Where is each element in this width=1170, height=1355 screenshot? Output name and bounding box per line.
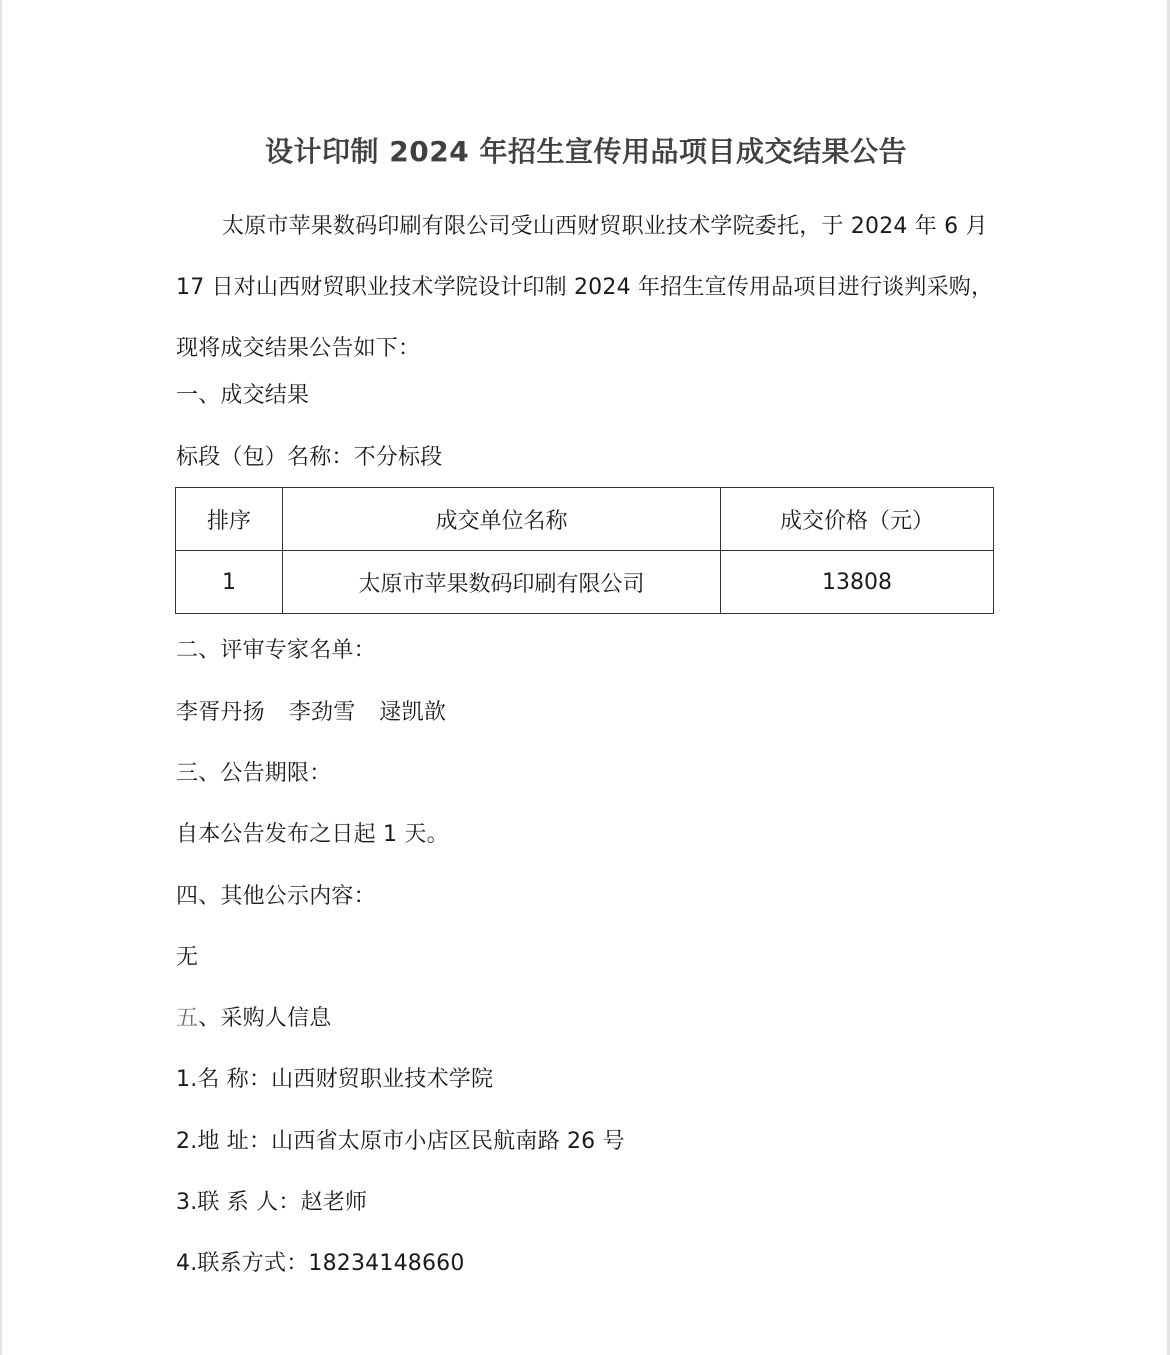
header-company: 成交单位名称 xyxy=(283,488,721,551)
page-edge-left xyxy=(0,0,2,1355)
section-1-heading: 一、成交结果 xyxy=(176,378,309,414)
purchaser-phone: 4.联系方式：18234148660 xyxy=(176,1246,465,1282)
cell-rank: 1 xyxy=(176,551,283,614)
table-header-row: 排序 成交单位名称 成交价格（元） xyxy=(176,488,994,551)
section-4-heading: 四、其他公示内容： xyxy=(176,879,376,915)
result-table: 排序 成交单位名称 成交价格（元） 1 太原市苹果数码印刷有限公司 13808 xyxy=(175,487,994,614)
cell-price: 13808 xyxy=(721,551,994,614)
purchaser-address: 2.地 址：山西省太原市小店区民航南路 26 号 xyxy=(176,1124,625,1160)
section-5-title: 、采购人信息 xyxy=(198,1006,331,1031)
expert-name: 李胥丹扬 xyxy=(176,700,265,725)
section-5-heading: 五、采购人信息 xyxy=(176,1001,331,1037)
purchaser-name: 1.名 称：山西财贸职业技术学院 xyxy=(176,1062,493,1098)
lot-name-label: 标段（包）名称：不分标段 xyxy=(176,440,442,476)
expert-name: 逯凯歆 xyxy=(379,700,446,725)
header-price: 成交价格（元） xyxy=(721,488,994,551)
section-3-heading: 三、公告期限： xyxy=(176,756,331,792)
expert-name: 李劲雪 xyxy=(289,700,356,725)
section-5-number: 五 xyxy=(176,1006,198,1031)
cell-company: 太原市苹果数码印刷有限公司 xyxy=(283,551,721,614)
notice-period: 自本公告发布之日起 1 天。 xyxy=(176,817,449,853)
other-content: 无 xyxy=(176,940,198,976)
intro-paragraph: 太原市苹果数码印刷有限公司受山西财贸职业技术学院委托，于 2024 年 6 月 … xyxy=(176,196,996,379)
table-row: 1 太原市苹果数码印刷有限公司 13808 xyxy=(176,551,994,614)
header-rank: 排序 xyxy=(176,488,283,551)
document-title: 设计印制 2024 年招生宣传用品项目成交结果公告 xyxy=(176,132,996,172)
section-2-heading: 二、评审专家名单： xyxy=(176,633,376,669)
expert-list: 李胥丹扬李劲雪逯凯歆 xyxy=(176,695,446,731)
purchaser-contact: 3.联 系 人：赵老师 xyxy=(176,1185,367,1221)
